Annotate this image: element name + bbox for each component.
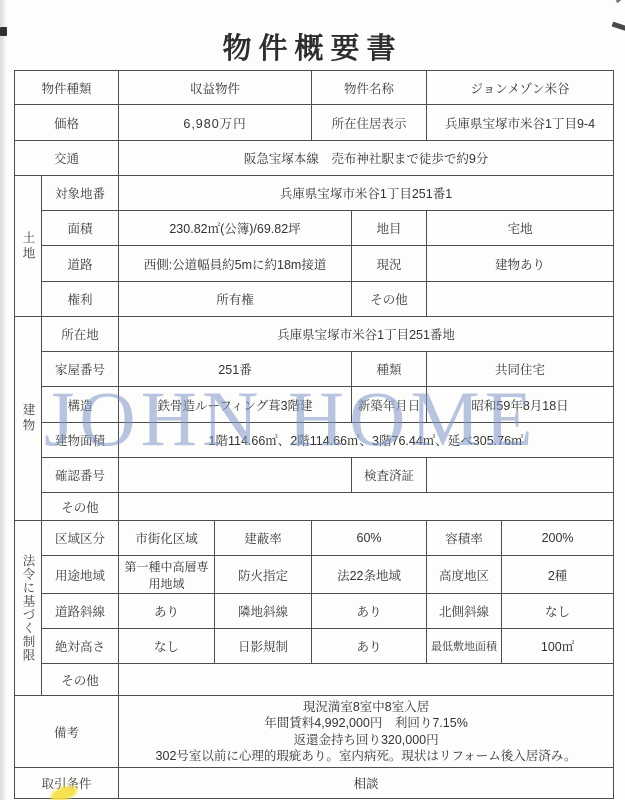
price-value: 6,980万円: [119, 105, 312, 141]
row-legal-2: 用途地域 第一種中高層専用地域 防火指定 法22条地域 高度地区 2種: [15, 556, 614, 594]
remarks-line-rent: 年間賃料4,992,000円 利回り7.15%: [122, 715, 610, 732]
row-transport: 交通 阪急宝塚本線 売布神社駅まで徒歩で約9分: [15, 141, 614, 176]
terms-value: 相談: [119, 768, 614, 799]
land-area-label: 面積: [42, 211, 119, 246]
bldg-other-value: [119, 493, 614, 521]
use-district-label: 用途地域: [42, 556, 119, 594]
north-slant-label: 北側斜線: [427, 594, 502, 629]
row-bldg-confirmation: 確認番号 検査済証: [15, 458, 614, 493]
row-legal-4: 絶対高さ なし 日影規制 あり 最低敷地面積 100㎡: [15, 629, 614, 664]
row-legal-3: 道路斜線 あり 隣地斜線 あり 北側斜線 なし: [15, 594, 614, 629]
scan-edge-shadow: [0, 0, 7, 800]
row-land-area: 面積 230.82㎡(公簿)/69.82坪 地目 宅地: [15, 211, 614, 246]
land-chiban-value: 兵庫県宝塚市米谷1丁目251番1: [119, 176, 614, 211]
legal-other-value: [119, 664, 614, 696]
bldg-area-value: 1階114.66㎡、2階114.66㎡、3階76.44㎡、延べ305.76㎡: [119, 423, 614, 458]
bldg-kind-label: 種類: [352, 352, 427, 387]
bldg-area-label: 建物面積: [42, 423, 119, 458]
property-type-label: 物件種類: [15, 71, 119, 105]
bldg-inspection-label: 検査済証: [352, 458, 427, 493]
min-site-area-value: 100㎡: [502, 629, 614, 664]
row-bldg-structure: 構造 鉄骨造ルーフィング葺3階建 新築年月日 昭和59年8月18日: [15, 387, 614, 423]
transport-value: 阪急宝塚本線 売布神社駅まで徒歩で約9分: [119, 141, 614, 176]
property-type-value: 収益物件: [119, 71, 312, 105]
remarks-label: 備考: [15, 696, 119, 768]
zoning-class-label: 区域区分: [42, 521, 119, 556]
remarks-line-deposit: 返還金持ち回り320,000円: [122, 732, 610, 749]
row-property-type: 物件種類 収益物件 物件名称 ジョンメゾン米谷: [15, 71, 614, 105]
bldg-built-date-value: 昭和59年8月18日: [427, 387, 614, 423]
row-bldg-number: 家屋番号 251番 種類 共同住宅: [15, 352, 614, 387]
bldg-structure-value: 鉄骨造ルーフィング葺3階建: [119, 387, 352, 423]
property-name-value: ジョンメゾン米谷: [427, 71, 614, 105]
bldg-structure-label: 構造: [42, 387, 119, 423]
scan-speck-left: [0, 27, 7, 36]
row-remarks: 備考 現況満室8室中8室入居 年間賃料4,992,000円 利回り7.15% 返…: [15, 696, 614, 768]
land-category-label: 地目: [352, 211, 427, 246]
remarks-line-disclosure: 302号室以前に心理的瑕疵あり。室内病死。現状はリフォーム後入居済み。: [122, 748, 610, 765]
land-other-value: [427, 282, 614, 317]
height-district-label: 高度地区: [427, 556, 502, 594]
row-land-chiban: 土地 対象地番 兵庫県宝塚市米谷1丁目251番1: [15, 176, 614, 211]
property-name-label: 物件名称: [312, 71, 427, 105]
coverage-ratio-value: 60%: [312, 521, 427, 556]
legal-other-label: その他: [42, 664, 119, 696]
bldg-inspection-value: [427, 458, 614, 493]
land-road-label: 道路: [42, 246, 119, 282]
height-district-value: 2種: [502, 556, 614, 594]
row-land-rights: 権利 所有権 その他: [15, 282, 614, 317]
land-road-value: 西側:公道幅員約5mに約18m接道: [119, 246, 352, 282]
bldg-kind-value: 共同住宅: [427, 352, 614, 387]
bldg-confirmation-value: [119, 458, 352, 493]
land-area-value: 230.82㎡(公簿)/69.82坪: [119, 211, 352, 246]
zoning-class-value: 市街化区域: [119, 521, 215, 556]
shade-regulation-value: あり: [312, 629, 427, 664]
transport-label: 交通: [15, 141, 119, 176]
scan-speck-corner: [616, 0, 625, 3]
remarks-line-occupancy: 現況満室8室中8室入居: [122, 699, 610, 716]
road-slant-label: 道路斜線: [42, 594, 119, 629]
shade-regulation-label: 日影規制: [215, 629, 312, 664]
row-bldg-area: 建物面積 1階114.66㎡、2階114.66㎡、3階76.44㎡、延べ305.…: [15, 423, 614, 458]
row-land-road: 道路 西側:公道幅員約5mに約18m接道 現況 建物あり: [15, 246, 614, 282]
adjacent-slant-label: 隣地斜線: [215, 594, 312, 629]
row-terms: 取引条件 相談: [15, 768, 614, 799]
row-legal-other: その他: [15, 664, 614, 696]
legal-section-label: 法令に基づく制限: [15, 521, 42, 696]
row-price: 価格 6,980万円 所在住居表示 兵庫県宝塚市米谷1丁目9-4: [15, 105, 614, 141]
max-height-label: 絶対高さ: [42, 629, 119, 664]
north-slant-value: なし: [502, 594, 614, 629]
property-summary-table: 物件種類 収益物件 物件名称 ジョンメゾン米谷 価格 6,980万円 所在住居表…: [14, 70, 614, 799]
fire-zone-label: 防火指定: [215, 556, 312, 594]
address-display-value: 兵庫県宝塚市米谷1丁目9-4: [427, 105, 614, 141]
bldg-location-label: 所在地: [42, 317, 119, 352]
page-title: 物件概要書: [0, 26, 625, 67]
row-bldg-other: その他: [15, 493, 614, 521]
address-display-label: 所在住居表示: [312, 105, 427, 141]
bldg-confirmation-label: 確認番号: [42, 458, 119, 493]
floor-ratio-value: 200%: [502, 521, 614, 556]
fire-zone-value: 法22条地域: [312, 556, 427, 594]
land-chiban-label: 対象地番: [42, 176, 119, 211]
floor-ratio-label: 容積率: [427, 521, 502, 556]
building-section-label: 建物: [15, 317, 42, 521]
row-legal-1: 法令に基づく制限 区域区分 市街化区域 建蔽率 60% 容積率 200%: [15, 521, 614, 556]
land-other-label: その他: [352, 282, 427, 317]
bldg-number-label: 家屋番号: [42, 352, 119, 387]
land-section-label: 土地: [15, 176, 42, 317]
bldg-other-label: その他: [42, 493, 119, 521]
land-rights-label: 権利: [42, 282, 119, 317]
land-rights-value: 所有権: [119, 282, 352, 317]
bldg-built-date-label: 新築年月日: [352, 387, 427, 423]
use-district-value: 第一種中高層専用地域: [119, 556, 215, 594]
min-site-area-label: 最低敷地面積: [427, 629, 502, 664]
land-current-label: 現況: [352, 246, 427, 282]
road-slant-value: あり: [119, 594, 215, 629]
max-height-value: なし: [119, 629, 215, 664]
remarks-value: 現況満室8室中8室入居 年間賃料4,992,000円 利回り7.15% 返還金持…: [119, 696, 614, 768]
bldg-location-value: 兵庫県宝塚市米谷1丁目251番地: [119, 317, 614, 352]
coverage-ratio-label: 建蔽率: [215, 521, 312, 556]
row-bldg-location: 建物 所在地 兵庫県宝塚市米谷1丁目251番地: [15, 317, 614, 352]
bldg-number-value: 251番: [119, 352, 352, 387]
land-category-value: 宅地: [427, 211, 614, 246]
price-label: 価格: [15, 105, 119, 141]
land-current-value: 建物あり: [427, 246, 614, 282]
adjacent-slant-value: あり: [312, 594, 427, 629]
